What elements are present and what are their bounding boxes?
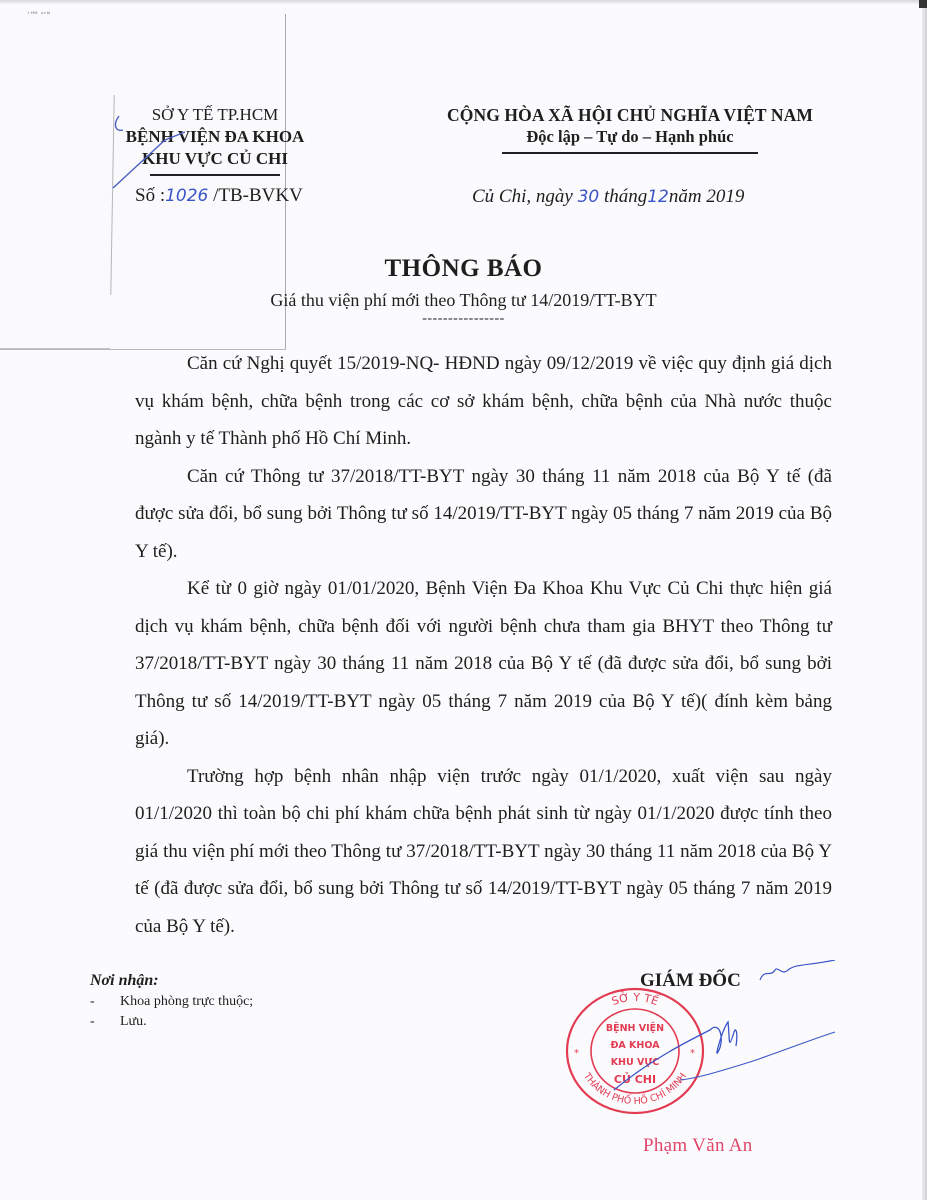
recipient-label: Lưu.	[120, 1012, 147, 1032]
bullet-dash: -	[90, 992, 120, 1012]
recipients-block: Nơi nhận: - Khoa phòng trực thuộc; - Lưu…	[90, 970, 253, 1032]
document-title: THÔNG BÁO	[0, 255, 927, 283]
scan-corner-mark	[919, 0, 927, 8]
paper-edge-line	[0, 348, 110, 349]
signer-name: Phạm Văn An	[643, 1135, 753, 1157]
issue-date: Củ Chi, ngày 30 tháng12năm 2019	[472, 186, 744, 208]
date-month-label: tháng	[604, 186, 647, 207]
document-number: Số :1026 /TB-BVKV	[135, 185, 303, 207]
bullet-dash: -	[90, 1012, 120, 1032]
date-day-handwritten: 30	[578, 187, 600, 207]
document-subtitle: Giá thu viện phí mới theo Thông tư 14/20…	[0, 290, 927, 311]
motto-underline	[502, 152, 758, 154]
handwritten-signature	[610, 960, 840, 1110]
scan-right-edge	[922, 0, 927, 1200]
date-place: Củ Chi, ngày	[472, 186, 573, 207]
date-year: năm 2019	[669, 186, 744, 207]
svg-text:*: *	[574, 1048, 579, 1059]
national-title: CỘNG HÒA XÃ HỘI CHỦ NGHĨA VIỆT NAM	[420, 104, 840, 126]
pen-stroke-mark	[105, 110, 195, 190]
recipients-title: Nơi nhận:	[90, 970, 253, 992]
body-paragraph: Kể từ 0 giờ ngày 01/01/2020, Bệnh Viện Đ…	[135, 570, 832, 758]
title-separator: ----------------	[0, 311, 927, 327]
document-number-suffix: /TB-BVKV	[213, 185, 303, 206]
national-header: CỘNG HÒA XÃ HỘI CHỦ NGHĨA VIỆT NAM Độc l…	[420, 104, 840, 154]
date-month-handwritten: 12	[647, 187, 669, 207]
document-number-prefix: Số :	[135, 185, 165, 206]
body-paragraph: Căn cứ Nghị quyết 15/2019-NQ- HĐND ngày …	[135, 345, 832, 458]
scan-top-edge	[0, 0, 927, 4]
document-body: Căn cứ Nghị quyết 15/2019-NQ- HĐND ngày …	[135, 345, 832, 945]
body-paragraph: Căn cứ Thông tư 37/2018/TT-BYT ngày 30 t…	[135, 458, 832, 571]
national-motto: Độc lập – Tự do – Hạnh phúc	[420, 126, 840, 148]
recipient-item: - Khoa phòng trực thuộc;	[90, 992, 253, 1012]
recipient-item: - Lưu.	[90, 1012, 253, 1032]
document-number-handwritten: 1026	[165, 186, 208, 206]
body-paragraph: Trường hợp bệnh nhân nhập viện trước ngà…	[135, 758, 832, 946]
recipient-label: Khoa phòng trực thuộc;	[120, 992, 253, 1012]
